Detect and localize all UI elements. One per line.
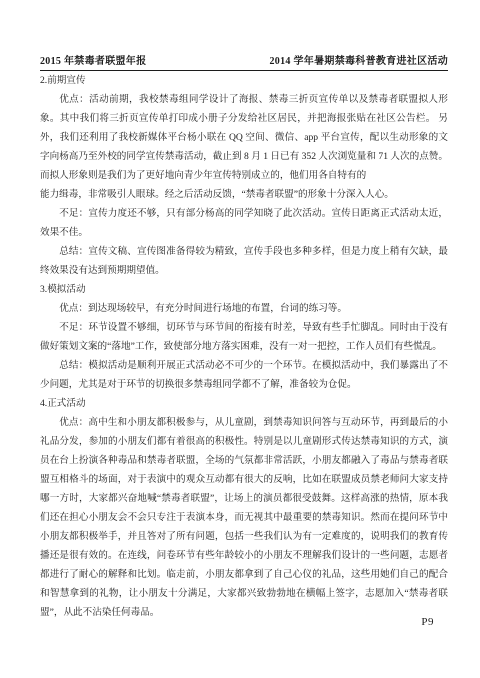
paragraph-summary: 总结：宣传文稿、宣传图准备得较为精致，宣传手段也多种多样，但是力度上稍有欠缺，最… xyxy=(40,242,448,280)
paragraph-advantages: 优点：高中生和小朋友都积极参与，从儿童剧，到禁毒知识问答与互动环节，再到最后的小… xyxy=(40,413,448,622)
paragraph-advantages: 优点：活动前期，我校禁毒组同学设计了海报、禁毒三折页宣传单以及禁毒者联盟拟人形象… xyxy=(40,90,448,185)
paragraph-shortcomings: 不足：环节设置不够细，切环节与环节间的衔接有时差，导致有些手忙脚乱。同时由于没有… xyxy=(40,318,448,356)
section-heading-formal-activity: 4.正式活动 xyxy=(40,394,448,413)
page-header: 2015 年禁毒者联盟年报 2014 学年暑期禁毒科普教育进社区活动 xyxy=(40,52,448,71)
paragraph-summary: 总结：模拟活动是顺利开展正式活动必不可少的一个环节。在模拟活动中，我们暴露出了不… xyxy=(40,356,448,394)
document-page: 2015 年禁毒者联盟年报 2014 学年暑期禁毒科普教育进社区活动 2.前期宣… xyxy=(0,0,480,678)
header-right-title: 2014 学年暑期禁毒科普教育进社区活动 xyxy=(270,52,449,67)
document-body: 2.前期宣传 优点：活动前期，我校禁毒组同学设计了海报、禁毒三折页宣传单以及禁毒… xyxy=(40,71,448,622)
paragraph-advantages: 优点：到达现场较早，有充分时间进行场地的布置，台词的练习等。 xyxy=(40,299,448,318)
section-heading-rehearsal-activity: 3.模拟活动 xyxy=(40,280,448,299)
paragraph-advantages-continued: 能力缉毒，非常吸引人眼球。经之后活动反馈，“禁毒者联盟”的形象十分深入人心。 xyxy=(40,185,448,204)
section-heading-early-publicity: 2.前期宣传 xyxy=(40,71,448,90)
header-left-title: 2015 年禁毒者联盟年报 xyxy=(40,52,146,67)
page-number: P9 xyxy=(421,616,434,628)
paragraph-shortcomings: 不足：宣传力度还不够，只有部分杨高的同学知晓了此次活动。宣传日距离正式活动太近，… xyxy=(40,204,448,242)
